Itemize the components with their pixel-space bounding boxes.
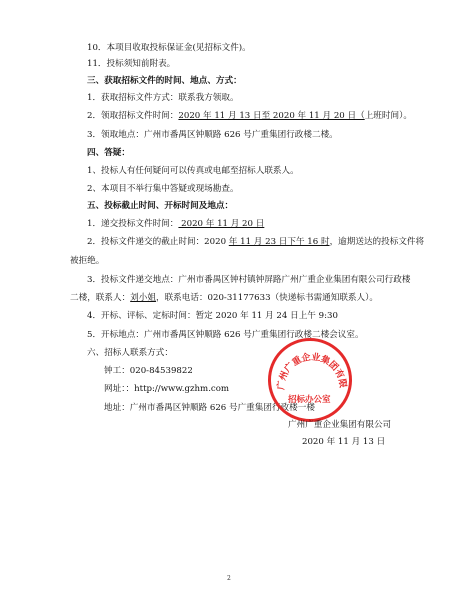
website: 网址：：http://www.gzhm.com	[104, 384, 229, 395]
section-5-p4: 4．开标、评标、定标时间：暂定 2020 年 11 月 24 日上午 9:30	[87, 311, 338, 322]
section-5-p2: 2．投标文件递交的截止时间：2020 年 11 月 23 日下午 16 时，逾期…	[87, 237, 424, 248]
signature-company: 广州广重企业集团有限公司	[288, 420, 391, 431]
section-3-p1: 1．获取招标文件方式：联系我方领取。	[87, 93, 239, 104]
section-5-p2-cont: 被拒绝。	[70, 256, 104, 267]
section-5-heading: 五、投标截止时间、开标时间及地点：	[87, 201, 233, 212]
svg-text:招标办公室: 招标办公室	[287, 394, 331, 405]
company-seal: 广州广重企业集团有限公司 招标办公室	[268, 338, 352, 422]
svg-text:广州广重企业集团有限公司: 广州广重企业集团有限公司	[268, 338, 349, 391]
section-3-p3: 3．领取地点：广州市番禺区钟顺路 626 号广重集团行政楼二楼。	[87, 130, 338, 141]
section-5-p3-cont: 二楼，联系人：刘小姐，联系电话：020-31177633（快递标书需通知联系人）…	[70, 293, 378, 304]
signature-date: 2020 年 11 月 13 日	[302, 437, 385, 448]
section-5-p1: 1．递交投标文件时间： 2020 年 11 月 20 日	[87, 219, 264, 230]
seal-icon: 广州广重企业集团有限公司 招标办公室	[268, 338, 352, 422]
section-4-p2: 2、本项目不举行集中答疑或现场勘查。	[87, 184, 239, 195]
submission-date: 2020 年 11 月 20 日	[178, 219, 264, 229]
section-4-p1: 1、投标人有任何疑问可以传真或电邮至招标人联系人。	[87, 166, 299, 177]
collection-period: 2020 年 11 月 13 日至 2020 年 11 月 20 日（	[178, 111, 364, 121]
item-11: 11．投标须知前附表。	[87, 59, 175, 70]
contact-person: 刘小姐	[130, 293, 156, 303]
section-4-heading: 四、答疑：	[87, 148, 130, 159]
section-3-p2: 2．领取招标文件时间：2020 年 11 月 13 日至 2020 年 11 月…	[87, 111, 412, 122]
section-6-heading: 六、招标人联系方式：	[87, 348, 173, 359]
page-number: 2	[227, 575, 231, 582]
section-3-heading: 三、获取招标文件的时间、地点、方式：	[87, 76, 242, 87]
contact-phone: 钟工：020-84539822	[104, 366, 193, 377]
deadline: 年 11 月 23 日下午 16 时	[229, 237, 330, 247]
section-5-p3: 3．投标文件递交地点：广州市番禺区钟村镇钟屏路广州广重企业集团有限公司行政楼	[87, 275, 410, 286]
item-10: 10．本项目收取投标保证金(见招标文件)。	[87, 43, 251, 54]
